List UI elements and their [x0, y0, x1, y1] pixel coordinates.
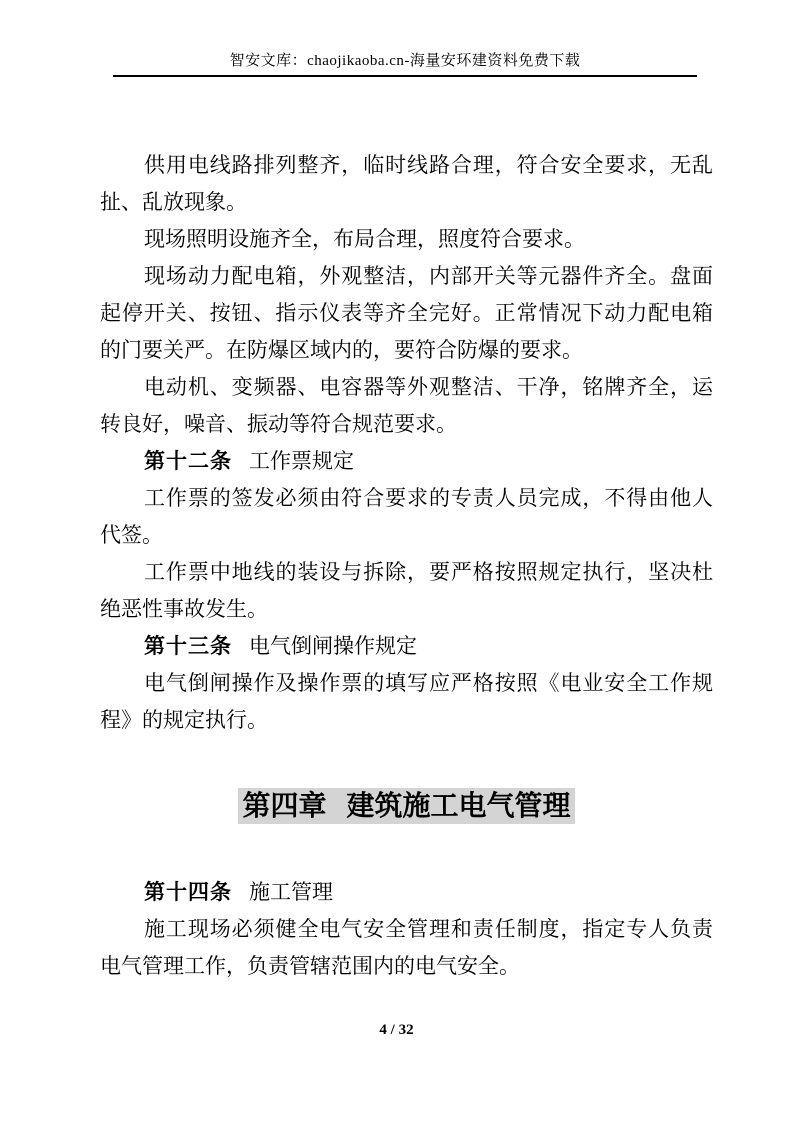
article-number: 第十三条	[144, 635, 232, 658]
article-title: 电气倒闸操作规定	[249, 634, 417, 658]
chapter-title: 建筑施工电气管理	[347, 790, 571, 821]
paragraph-line: 程》的规定执行。	[100, 702, 713, 739]
paragraph-line: 工作票的签发必须由符合要求的专责人员完成，不得由他人	[100, 480, 713, 517]
paragraph-line: 电动机、变频器、电容器等外观整洁、干净，铭牌齐全，运	[100, 369, 713, 406]
article-number: 第十四条	[144, 881, 232, 904]
paragraph-line: 供用电线路排列整齐，临时线路合理，符合安全要求，无乱	[100, 147, 713, 184]
chapter-heading: 第四章建筑施工电气管理	[100, 788, 713, 824]
paragraph-line: 电气倒闸操作及操作票的填写应严格按照《电业安全工作规	[100, 665, 713, 702]
header-watermark-text: 智安文库：chaojikaoba.cn-海量安环建资料免费下载	[230, 49, 581, 70]
chapter-highlight: 第四章建筑施工电气管理	[238, 788, 574, 824]
article-title: 施工管理	[249, 880, 333, 904]
paragraph-line: 扯、乱放现象。	[100, 184, 713, 221]
paragraph-line: 转良好，噪音、振动等符合规范要求。	[100, 406, 713, 443]
paragraph-line: 现场动力配电箱，外观整洁，内部开关等元器件齐全。盘面	[100, 258, 713, 295]
chapter-number: 第四章	[242, 790, 326, 821]
page-header: 智安文库：chaojikaoba.cn-海量安环建资料免费下载	[113, 0, 697, 77]
article-heading: 第十三条电气倒闸操作规定	[100, 628, 713, 665]
article-title: 工作票规定	[249, 449, 354, 473]
paragraph-line: 施工现场必须健全电气安全管理和责任制度，指定专人负责	[100, 911, 713, 948]
article-heading: 第十四条施工管理	[100, 874, 713, 911]
document-body: 供用电线路排列整齐，临时线路合理，符合安全要求，无乱 扯、乱放现象。 现场照明设…	[100, 147, 713, 985]
page-number: 4 / 32	[379, 1022, 413, 1038]
paragraph-line: 的门要关严。在防爆区域内的，要符合防爆的要求。	[100, 332, 713, 369]
paragraph-line: 起停开关、按钮、指示仪表等齐全完好。正常情况下动力配电箱	[100, 295, 713, 332]
document-page: 智安文库：chaojikaoba.cn-海量安环建资料免费下载 供用电线路排列整…	[0, 0, 793, 1122]
paragraph-line: 工作票中地线的装设与拆除，要严格按照规定执行，坚决杜	[100, 554, 713, 591]
article-heading: 第十二条工作票规定	[100, 443, 713, 480]
paragraph-line: 电气管理工作，负责管辖范围内的电气安全。	[100, 948, 713, 985]
paragraph-line: 现场照明设施齐全，布局合理，照度符合要求。	[100, 221, 713, 258]
page-footer: 4 / 32	[0, 1022, 793, 1039]
paragraph-line: 绝恶性事故发生。	[100, 591, 713, 628]
paragraph-line: 代签。	[100, 517, 713, 554]
article-number: 第十二条	[144, 450, 232, 473]
